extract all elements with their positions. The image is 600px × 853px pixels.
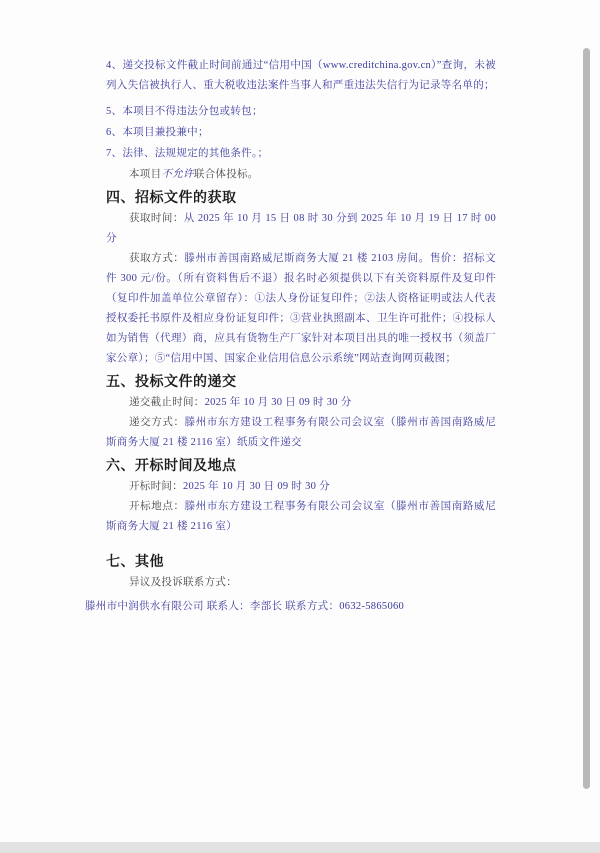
joint-bid-statement: 本项目不允许联合体投标。 [106, 165, 496, 185]
acquire-method-line: 获取方式：滕州市善国南路威尼斯商务大厦 21 楼 2103 房间。售价：招标文件… [106, 249, 496, 369]
submit-deadline-value: 2025 年 10 月 30 日 09 时 30 分 [205, 397, 352, 408]
company-contact-line: 滕州市中润供水有限公司 联系人：李部长 联系方式：0632-5865060 [85, 597, 520, 617]
acquire-time-line: 获取时间：从 2025 年 10 月 15 日 08 时 30 分到 2025 … [106, 209, 496, 249]
open-time-line: 开标时间：2025 年 10 月 30 日 09 时 30 分 [106, 477, 496, 497]
scrollbar-thumb[interactable] [583, 48, 590, 789]
joint-bid-prefix: 本项目 [129, 169, 161, 180]
section-6-heading: 六、开标时间及地点 [106, 455, 496, 476]
document-page: 4、递交投标文件截止时间前通过“信用中国（www.creditchina.gov… [0, 0, 600, 853]
joint-bid-suffix: 联合体投标。 [194, 169, 259, 180]
section-5-heading: 五、投标文件的递交 [106, 371, 496, 392]
section-4-heading: 四、招标文件的获取 [106, 187, 496, 208]
objection-contact-label: 异议及投诉联系方式： [129, 577, 237, 588]
open-time-value: 2025 年 10 月 30 日 09 时 30 分 [183, 481, 330, 492]
condition-item-7: 7、法律、法规规定的其他条件。； [106, 144, 496, 164]
condition-item-4: 4、递交投标文件截止时间前通过“信用中国（www.creditchina.gov… [106, 56, 496, 96]
open-time-label: 开标时间： [129, 481, 183, 492]
submit-deadline-line: 递交截止时间：2025 年 10 月 30 日 09 时 30 分 [106, 393, 496, 413]
objection-contact-line: 异议及投诉联系方式： [106, 573, 496, 593]
section-7-heading: 七、其他 [106, 551, 496, 572]
submit-method-line: 递交方式：滕州市东方建设工程事务有限公司会议室（滕州市善国南路威尼斯商务大厦 2… [106, 413, 496, 453]
acquire-time-label: 获取时间： [129, 213, 184, 224]
open-place-line: 开标地点：滕州市东方建设工程事务有限公司会议室（滕州市善国南路威尼斯商务大厦 2… [106, 497, 496, 537]
bottom-edge-bar [0, 842, 600, 853]
condition-item-6: 6、本项目兼投兼中； [106, 123, 496, 143]
acquire-method-label: 获取方式： [129, 253, 184, 264]
submit-method-label: 递交方式： [129, 417, 185, 428]
condition-item-5: 5、本项目不得违法分包或转包； [106, 102, 496, 122]
document-content: 4、递交投标文件截止时间前通过“信用中国（www.creditchina.gov… [0, 56, 600, 617]
acquire-method-value: 滕州市善国南路威尼斯商务大厦 21 楼 2103 房间。售价：招标文件 300 … [106, 253, 496, 364]
open-place-label: 开标地点： [129, 501, 185, 512]
joint-bid-emphasis: 不允许 [161, 169, 193, 180]
submit-deadline-label: 递交截止时间： [129, 397, 205, 408]
